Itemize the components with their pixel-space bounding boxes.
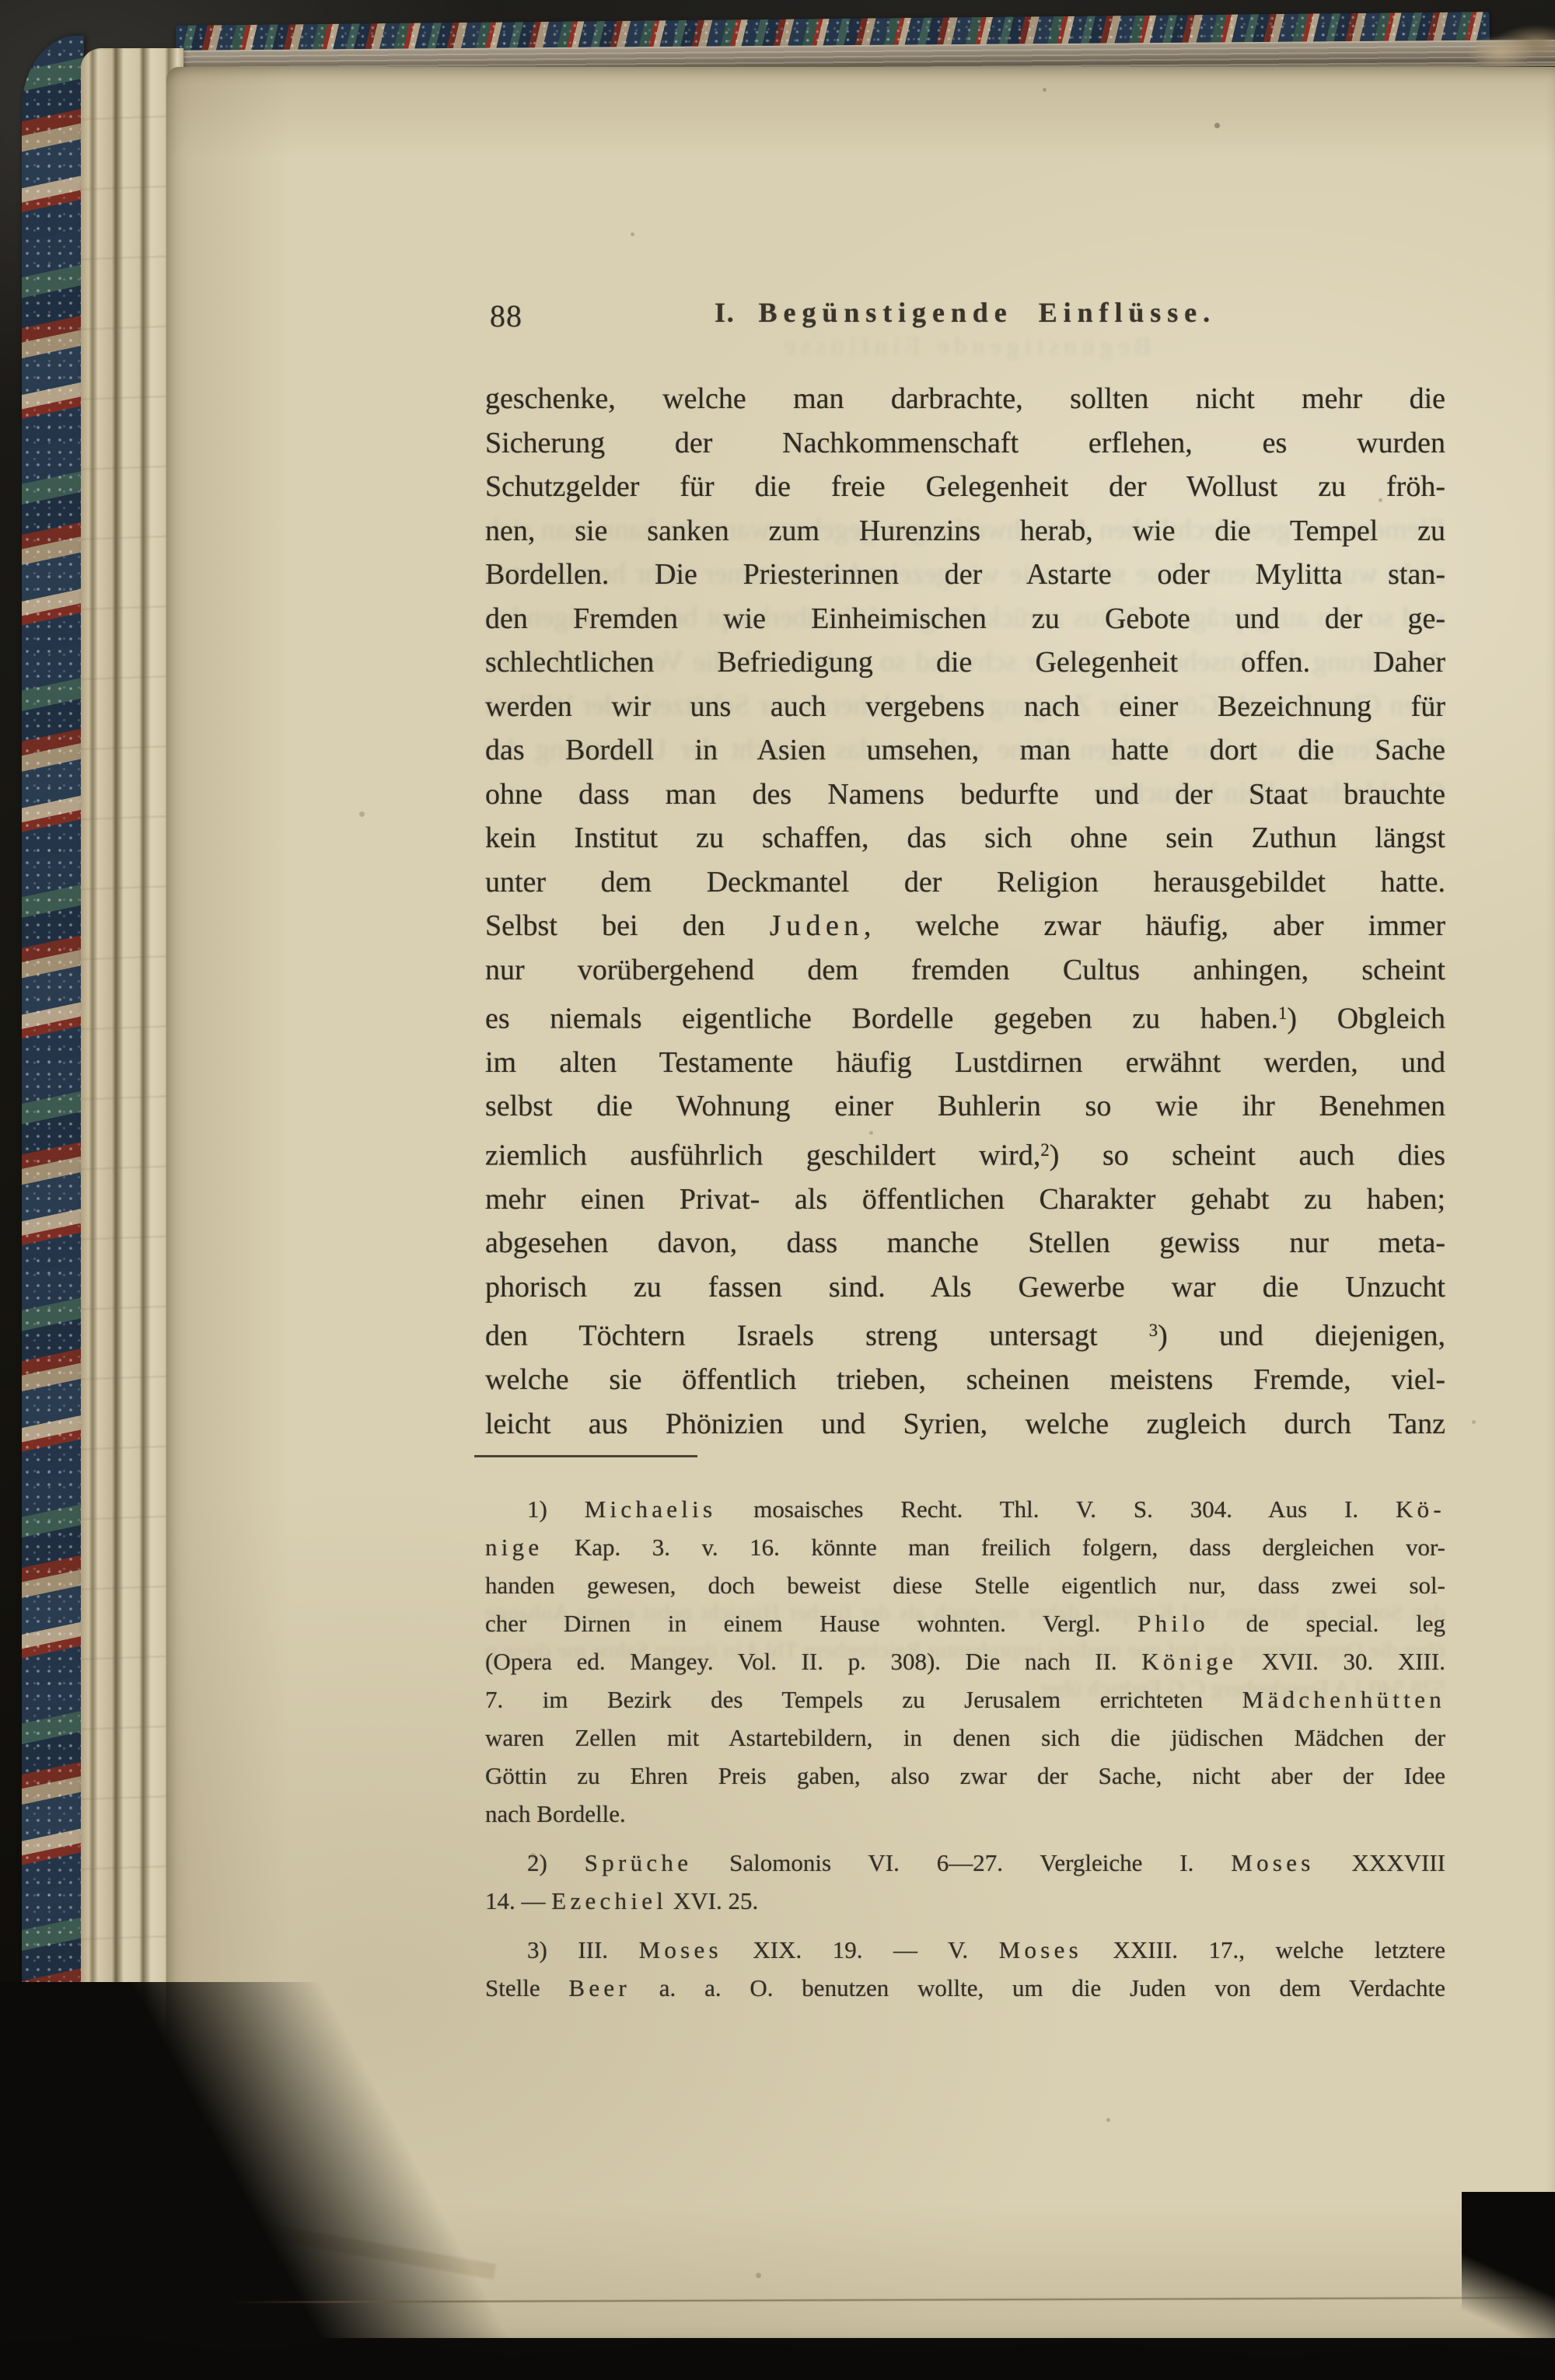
paper-specks <box>166 67 169 69</box>
text-line: leicht aus Phönizien und Syrien, welche … <box>485 1402 1445 1446</box>
text-line: Sicherung der Nachkommenschaft erflehen,… <box>485 421 1445 466</box>
text-line: abgesehen davon, dass manche Stellen gew… <box>485 1221 1445 1265</box>
text-line: kein Institut zu schaffen, das sich ohne… <box>485 816 1445 860</box>
text-line: 7. im Bezirk des Tempels zu Jerusalem er… <box>485 1680 1445 1719</box>
text-line: 14. — Ezechiel XVI. 25. <box>485 1882 1445 1920</box>
footnote-2: 2) Sprüche Salomonis VI. 6—27. Vergleich… <box>485 1844 1445 1920</box>
text-line: Schutzgelder für die freie Gelegenheit d… <box>485 465 1445 509</box>
text-line: schlechtlichen Befriedigung die Gelegenh… <box>485 640 1445 685</box>
book-photo: Begünstigende Einflüsse Elemente zu gesc… <box>0 0 1555 2380</box>
text-line: unter dem Deckmantel der Religion heraus… <box>485 860 1445 905</box>
footnote-separator-rule <box>474 1455 697 1457</box>
text-line: nach Bordelle. <box>485 1795 1445 1833</box>
text-line: phorisch zu fassen sind. Als Gewerbe war… <box>485 1265 1445 1310</box>
text-line: nen, sie sanken zum Hurenzins herab, wie… <box>485 509 1445 553</box>
text-line: den Töchtern Israels streng untersagt 3)… <box>485 1309 1445 1358</box>
text-line: selbst die Wohnung einer Buhlerin so wie… <box>485 1084 1445 1129</box>
text-line: geschenke, welche man darbrachte, sollte… <box>485 377 1445 421</box>
chapter-title: Begünstigende Einflüsse. <box>759 297 1216 328</box>
printed-content: 88 I.Begünstigende Einflüsse. geschenke,… <box>485 296 1445 2007</box>
text-line: werden wir uns auch vergebens nach einer… <box>485 685 1445 729</box>
text-line: waren Zellen mit Astartebildern, in dene… <box>485 1719 1445 1757</box>
text-line: Selbst bei den Juden, welche zwar häufig… <box>485 904 1445 948</box>
body-text: geschenke, welche man darbrachte, sollte… <box>485 377 1445 1446</box>
text-line: cher Dirnen in einem Hause wohnten. Verg… <box>485 1604 1445 1642</box>
text-line: im alten Testamente häufig Lustdirnen er… <box>485 1041 1445 1085</box>
text-line: den Fremden wie Einheimischen zu Gebote … <box>485 597 1445 641</box>
text-line: das Bordell in Asien umsehen, man hatte … <box>485 728 1445 773</box>
marbled-cover-left-edge <box>22 36 84 2235</box>
text-line: ziemlich ausführlich geschildert wird,2)… <box>485 1129 1445 1178</box>
text-line: mehr einen Privat- als öffentlichen Char… <box>485 1178 1445 1222</box>
bottom-left-shadow <box>0 1982 739 2380</box>
chapter-numeral: I. <box>715 297 736 328</box>
text-line: handen gewesen, doch beweist diese Stell… <box>485 1566 1445 1604</box>
text-line: ohne dass man des Namens bedurfte und de… <box>485 773 1445 817</box>
chapter-header: I.Begünstigende Einflüsse. <box>715 297 1216 328</box>
text-line: 2) Sprüche Salomonis VI. 6—27. Vergleich… <box>485 1844 1445 1882</box>
text-line: welche sie öffentlich trieben, scheinen … <box>485 1358 1445 1402</box>
text-line: es niemals eigentliche Bordelle gegeben … <box>485 992 1445 1041</box>
running-header: 88 I.Begünstigende Einflüsse. <box>485 296 1445 333</box>
text-line: nur vorübergehend dem fremden Cultus anh… <box>485 948 1445 993</box>
page-number: 88 <box>490 298 522 334</box>
text-line: 3) III. Moses XIX. 19. — V. Moses XXIII.… <box>485 1931 1445 1969</box>
text-line: 1) Michaelis mosaisches Recht. Thl. V. S… <box>485 1490 1445 1528</box>
footnotes: 1) Michaelis mosaisches Recht. Thl. V. S… <box>485 1490 1445 2007</box>
bottom-right-shadow <box>1462 2192 1555 2380</box>
footnote-1: 1) Michaelis mosaisches Recht. Thl. V. S… <box>485 1490 1445 1833</box>
text-line: (Opera ed. Mangey. Vol. II. p. 308). Die… <box>485 1642 1445 1680</box>
text-line: nige Kap. 3. v. 16. könnte man freilich … <box>485 1528 1445 1566</box>
text-line: Göttin zu Ehren Preis gaben, also zwar d… <box>485 1757 1445 1795</box>
text-line: Bordellen. Die Priesterinnen der Astarte… <box>485 553 1445 597</box>
